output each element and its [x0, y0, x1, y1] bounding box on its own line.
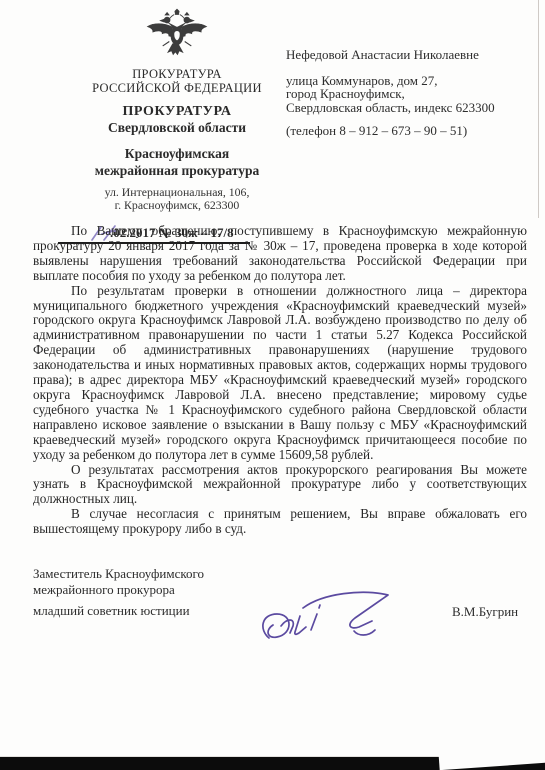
body-paragraph: По результатам проверки в отношении долж… [33, 284, 527, 463]
org-unit-line2: межрайонная прокуратура [48, 163, 306, 178]
recipient-block: Нефедовой Анастасии Николаевне улица Ком… [286, 48, 536, 138]
org-unit-line1: Красноуфимская [48, 146, 306, 162]
russia-coat-of-arms-icon [144, 8, 210, 64]
paper-edge-line [538, 0, 539, 218]
recipient-address-line: город Красноуфимск, [286, 87, 536, 101]
body-paragraph: В случае несогласия с принятым решением,… [33, 507, 527, 537]
org-address-line2: г. Красноуфимск, 623300 [48, 199, 306, 212]
org-name-regional-line1: ПРОКУРАТУРА [48, 104, 306, 119]
scanned-letter-page: ПРОКУРАТУРА РОССИЙСКОЙ ФЕДЕРАЦИИ ПРОКУРА… [0, 0, 545, 770]
body-paragraph: По Вашему обращению, поступившему в Крас… [33, 224, 527, 284]
signatory-rank: младший советник юстиции [33, 603, 190, 619]
signatory-position-line: Заместитель Красноуфимского [33, 566, 204, 582]
recipient-address-line: Свердловская область, индекс 623300 [286, 101, 536, 115]
recipient-address-line: улица Коммунаров, дом 27, [286, 74, 536, 88]
org-name-federal-line1: ПРОКУРАТУРА [48, 68, 306, 82]
letter-body: По Вашему обращению, поступившему в Крас… [33, 224, 527, 537]
signatory-position-line: межрайонного прокурора [33, 582, 204, 598]
recipient-phone: (телефон 8 – 912 – 673 – 90 – 51) [286, 124, 536, 138]
body-paragraph: О результатах рассмотрения актов прокуро… [33, 463, 527, 508]
org-name-regional-line2: Свердловской области [48, 120, 306, 135]
org-name-federal-line2: РОССИЙСКОЙ ФЕДЕРАЦИИ [48, 82, 306, 96]
signatory-position: Заместитель Красноуфимского межрайонного… [33, 566, 204, 597]
signature-scribble-icon [255, 588, 405, 650]
letterhead: ПРОКУРАТУРА РОССИЙСКОЙ ФЕДЕРАЦИИ ПРОКУРА… [48, 8, 306, 244]
signatory-name: В.М.Бугрин [452, 604, 518, 620]
recipient-name: Нефедовой Анастасии Николаевне [286, 48, 536, 62]
